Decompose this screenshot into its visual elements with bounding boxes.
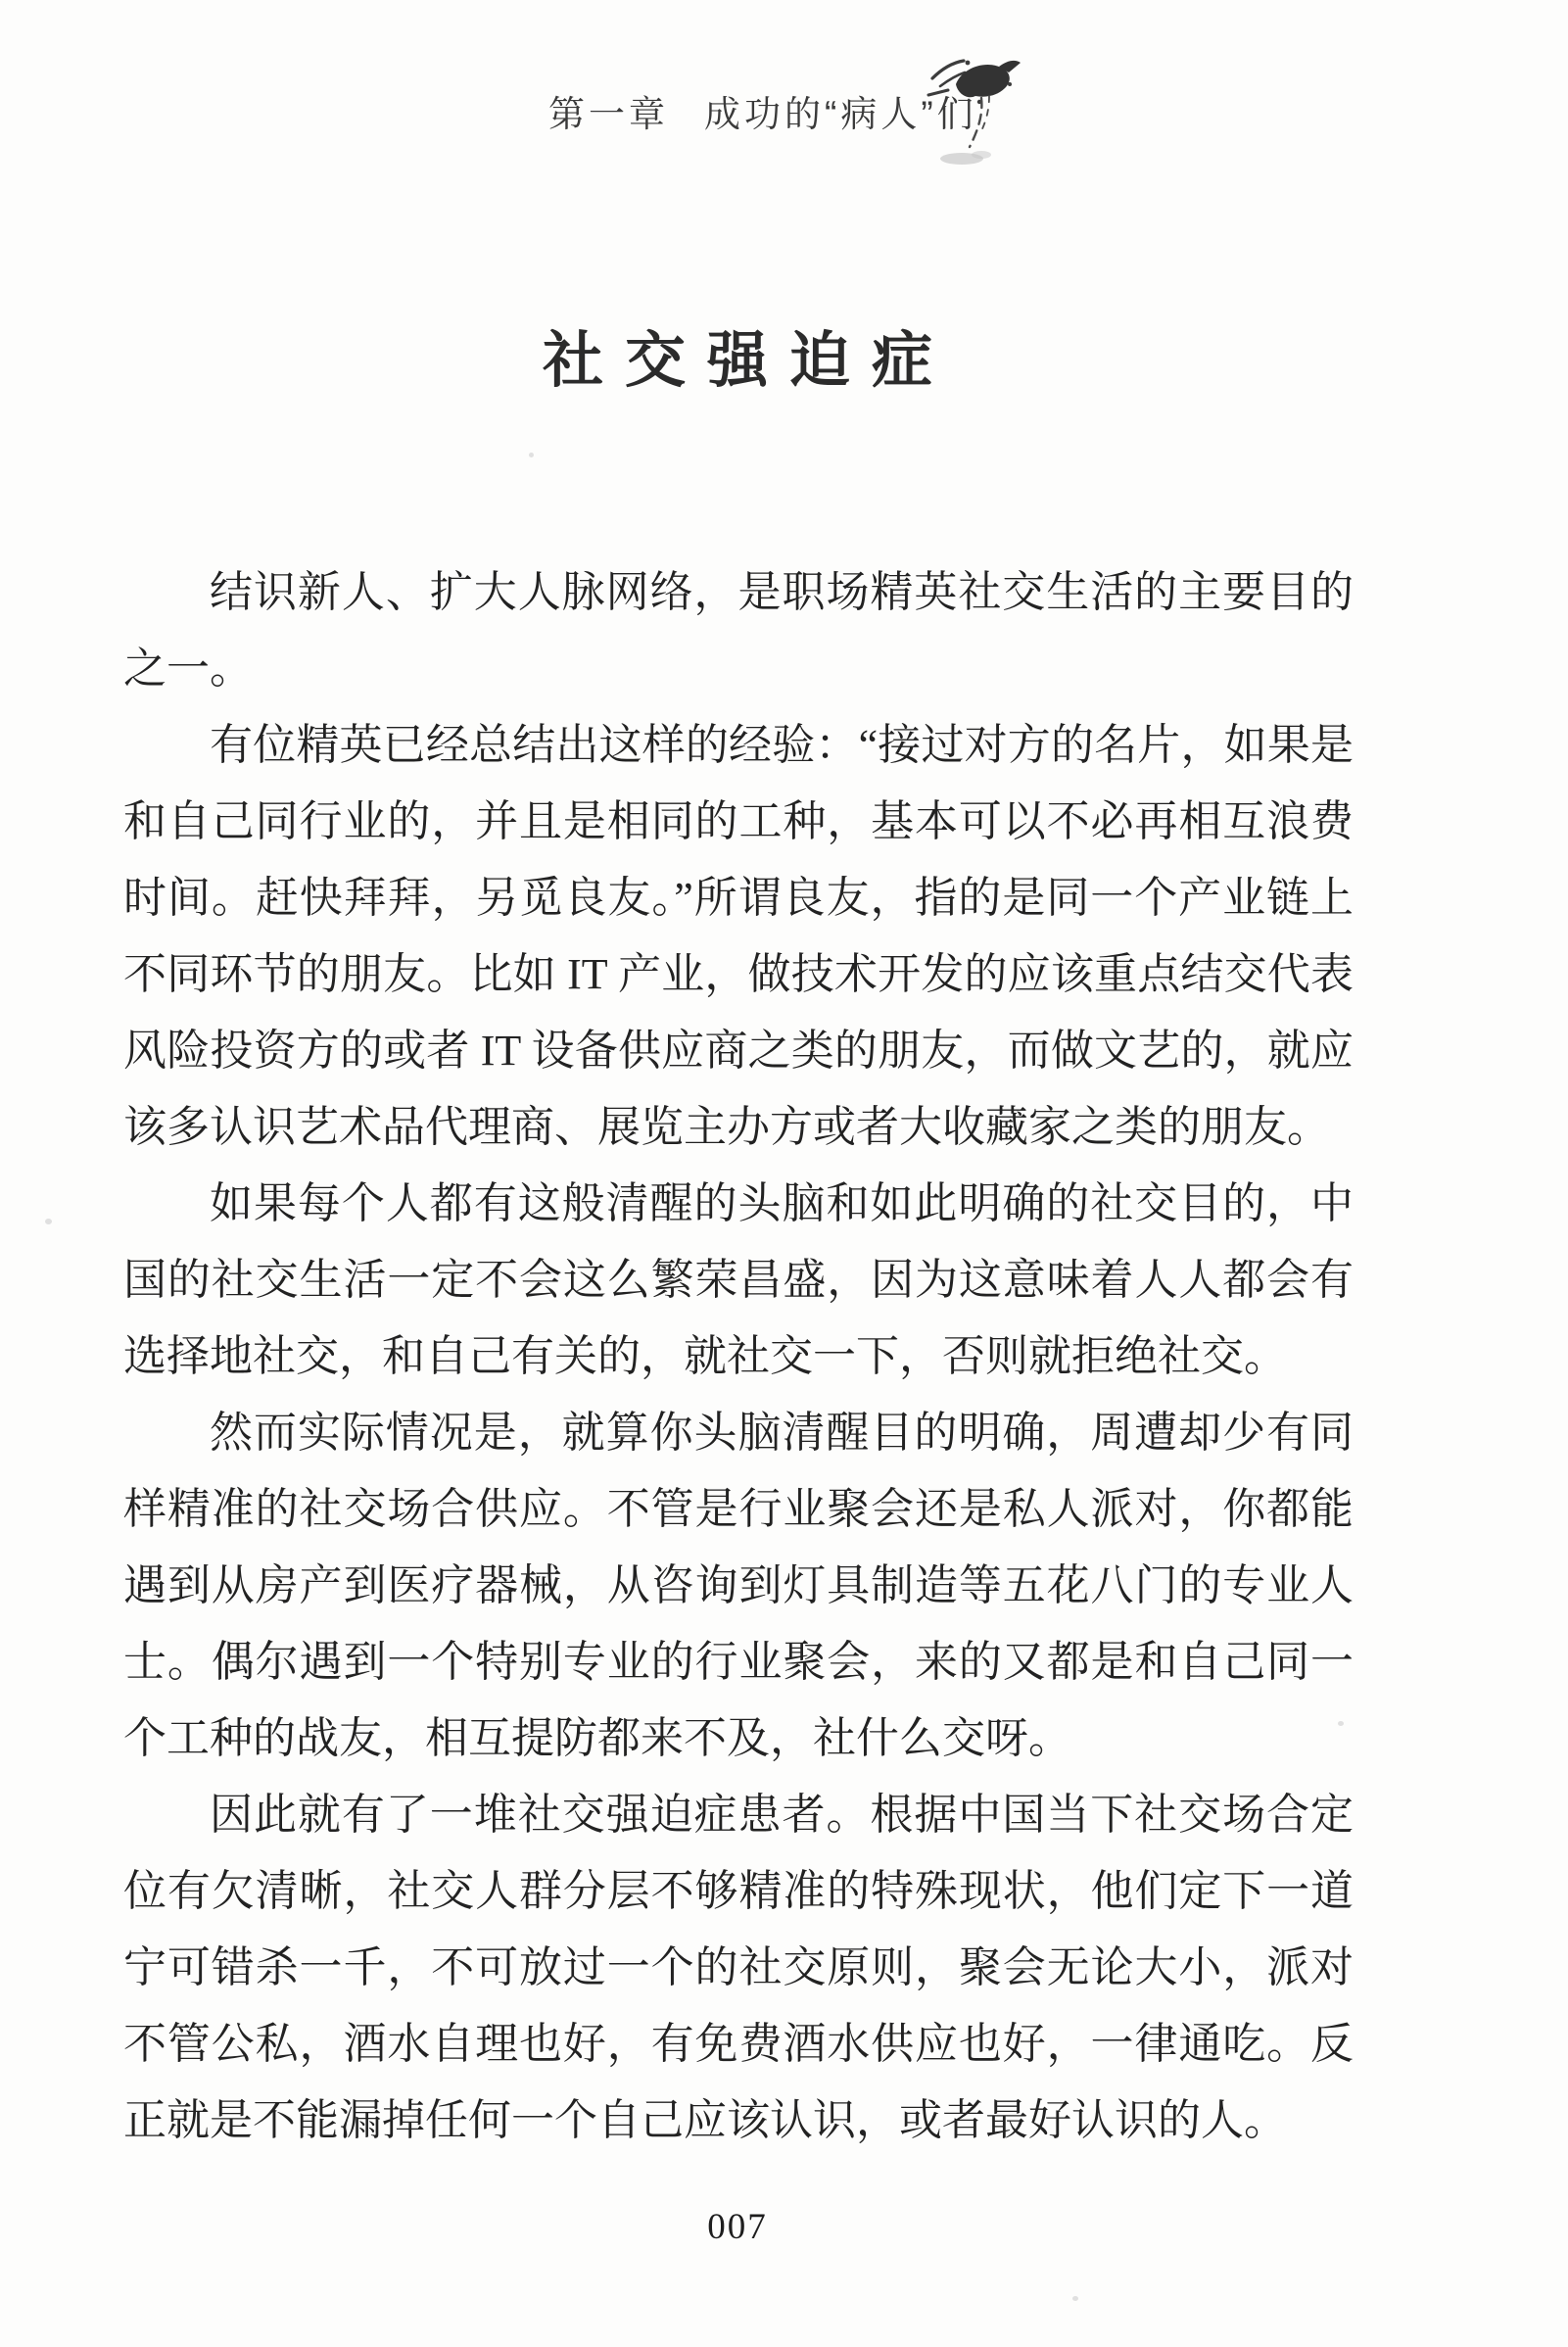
paragraph: 结识新人、扩大人脉网络，是职场精英社交生活的主要目的之一。 xyxy=(123,554,1354,707)
bird-ink-sketch-icon xyxy=(919,41,1024,178)
body-text: 结识新人、扩大人脉网络，是职场精英社交生活的主要目的之一。 有位精英已经总结出这… xyxy=(123,554,1354,2159)
paragraph: 然而实际情况是，就算你头脑清醒目的明确，周遭却少有同样精准的社交场合供应。不管是… xyxy=(123,1395,1354,1777)
running-header: 第一章 成功的“病人”们 xyxy=(548,84,977,137)
book-page: 第一章 成功的“病人”们 社交强迫症 结识新人、扩大人脉网络，是职场精英社交生活… xyxy=(0,0,1568,2347)
paragraph: 有位精英已经总结出这样的经验：“接过对方的名片，如果是和自己同行业的，并且是相同… xyxy=(123,707,1354,1166)
chapter-label: 第一章 xyxy=(548,84,669,137)
paragraph: 因此就有了一堆社交强迫症患者。根据中国当下社交场合定位有欠清晰，社交人群分层不够… xyxy=(123,1777,1354,2159)
scan-speck xyxy=(45,1219,52,1224)
scan-speck xyxy=(529,453,534,457)
scan-speck xyxy=(1338,1721,1344,1726)
page-number: 007 xyxy=(122,2206,1353,2248)
section-title: 社交强迫症 xyxy=(122,311,1353,399)
paragraph: 如果每个人都有这般清醒的头脑和如此明确的社交目的，中国的社交生活一定不会这么繁荣… xyxy=(123,1166,1354,1395)
scan-speck xyxy=(1072,2296,1078,2301)
